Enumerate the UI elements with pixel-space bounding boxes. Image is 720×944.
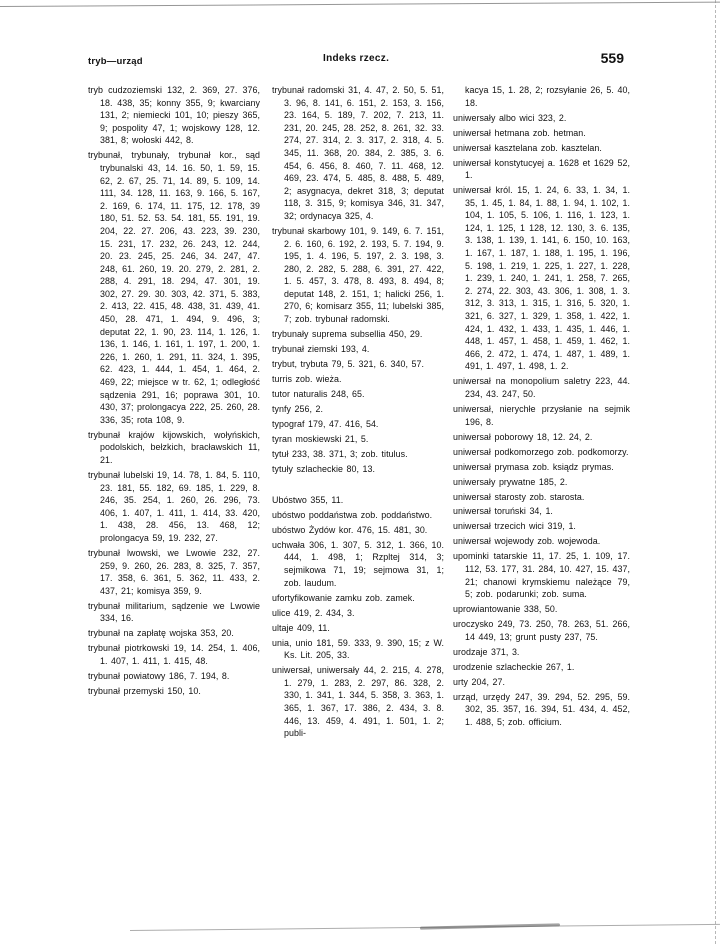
page-header: tryb—urząd Indeks rzecz. 559: [88, 50, 624, 70]
index-entry: uniwersał, nierychłe przysłanie na sejmi…: [453, 403, 630, 428]
index-entry: uniwersał prymasa zob. ksiądz prymas.: [453, 461, 630, 474]
index-entry: unia, unio 181, 59. 333, 9. 390, 15; z W…: [272, 637, 444, 662]
index-entry: tyran moskiewski 21, 5.: [272, 433, 444, 446]
letter-section-gap: [272, 478, 444, 494]
index-entry: trybunał militarium, sądzenie we Lwowie …: [88, 600, 260, 625]
index-entry: uroczysko 249, 73. 250, 78. 263, 51. 266…: [453, 618, 630, 643]
index-entry: uniwersał trzecich wici 319, 1.: [453, 520, 630, 533]
index-entry: trybunał ziemski 193, 4.: [272, 343, 444, 356]
index-entry: trybunał radomski 31, 4. 47, 2. 50, 5. 5…: [272, 84, 444, 223]
index-entry: uniwersał król. 15, 1. 24, 6. 33, 1. 34,…: [453, 184, 630, 373]
index-entry: ulice 419, 2. 434, 3.: [272, 607, 444, 620]
index-entry: trybunał lubelski 19, 14. 78, 1. 84, 5. …: [88, 469, 260, 545]
index-entry: trybunały suprema subsellia 450, 29.: [272, 328, 444, 341]
index-entry: uniwersał poborowy 18, 12. 24, 2.: [453, 431, 630, 444]
index-entry: trybunał krajów kijowskich, wołyńskich, …: [88, 429, 260, 467]
index-entry: urząd, urzędy 247, 39. 294, 52. 295, 59.…: [453, 691, 630, 729]
index-entry: trybunał lwowski, we Lwowie 232, 27. 259…: [88, 547, 260, 597]
index-entry: trybunał na zapłatę wojska 353, 20.: [88, 627, 260, 640]
index-entry: tytuł 233, 38. 371, 3; zob. titulus.: [272, 448, 444, 461]
index-entry: urty 204, 27.: [453, 676, 630, 689]
index-column-1: tryb cudzoziemski 132, 2. 369, 27. 376, …: [88, 84, 260, 700]
index-entry: trybunał powiatowy 186, 7. 194, 8.: [88, 670, 260, 683]
running-head-title: Indeks rzecz.: [323, 53, 389, 64]
index-entry: ultaje 409, 11.: [272, 622, 444, 635]
index-entry: uniwersał wojewody zob. wojewoda.: [453, 535, 630, 548]
page-number: 559: [601, 50, 624, 66]
index-entry: trybut, trybuta 79, 5. 321, 6. 340, 57.: [272, 358, 444, 371]
scan-smudge: [420, 923, 560, 929]
index-column-2: trybunał radomski 31, 4. 47, 2. 50, 5. 5…: [272, 84, 444, 742]
index-entry: trybunał przemyski 150, 10.: [88, 685, 260, 698]
index-entry: tutor naturalis 248, 65.: [272, 388, 444, 401]
index-entry: ubóstwo Żydów kor. 476, 15. 481, 30.: [272, 524, 444, 537]
index-entry: Ubóstwo 355, 11.: [272, 494, 444, 507]
index-entry: typograf 179, 47. 416, 54.: [272, 418, 444, 431]
index-entry: uniwersał kasztelana zob. kasztelan.: [453, 142, 630, 155]
index-entry: tynfy 256, 2.: [272, 403, 444, 416]
index-entry: uniwersały prywatne 185, 2.: [453, 476, 630, 489]
index-entry: uniwersał toruński 34, 1.: [453, 505, 630, 518]
index-entry: kacya 15, 1. 28, 2; rozsyłanie 26, 5. 40…: [453, 84, 630, 109]
index-column-3: kacya 15, 1. 28, 2; rozsyłanie 26, 5. 40…: [453, 84, 630, 731]
index-entry: trybunał piotrkowski 19, 14. 254, 1. 406…: [88, 642, 260, 667]
index-entry: uniwersał podkomorzego zob. podkomorzy.: [453, 446, 630, 459]
index-entry: trybunał, trybunały, trybunał kor., sąd …: [88, 149, 260, 426]
index-entry: uchwała 306, 1. 307, 5. 312, 1. 366, 10.…: [272, 539, 444, 589]
index-entry: tytuły szlacheckie 80, 13.: [272, 463, 444, 476]
index-entry: urodzaje 371, 3.: [453, 646, 630, 659]
index-entry: ubóstwo poddaństwa zob. poddaństwo.: [272, 509, 444, 522]
index-entry: uniwersał starosty zob. starosta.: [453, 491, 630, 504]
index-entry: uprowiantowanie 338, 50.: [453, 603, 630, 616]
index-entry: uniwersał hetmana zob. hetman.: [453, 127, 630, 140]
scan-edge-top: [0, 2, 720, 7]
index-entry: trybunał skarbowy 101, 9. 149, 6. 7. 151…: [272, 225, 444, 326]
index-entry: upominki tatarskie 11, 17. 25, 1. 109, 1…: [453, 550, 630, 600]
index-entry: uniwersał na monopolium saletry 223, 44.…: [453, 375, 630, 400]
index-entry: urodzenie szlacheckie 267, 1.: [453, 661, 630, 674]
running-head-range: tryb—urząd: [88, 56, 143, 67]
index-entry: turris zob. wieża.: [272, 373, 444, 386]
scan-edge-right: [715, 0, 716, 944]
index-entry: uniwersał konstytucyej a. 1628 et 1629 5…: [453, 157, 630, 182]
index-entry: ufortyfikowanie zamku zob. zamek.: [272, 592, 444, 605]
index-entry: uniwersały albo wici 323, 2.: [453, 112, 630, 125]
index-entry: uniwersał, uniwersały 44, 2. 215, 4. 278…: [272, 664, 444, 740]
index-entry: tryb cudzoziemski 132, 2. 369, 27. 376, …: [88, 84, 260, 147]
